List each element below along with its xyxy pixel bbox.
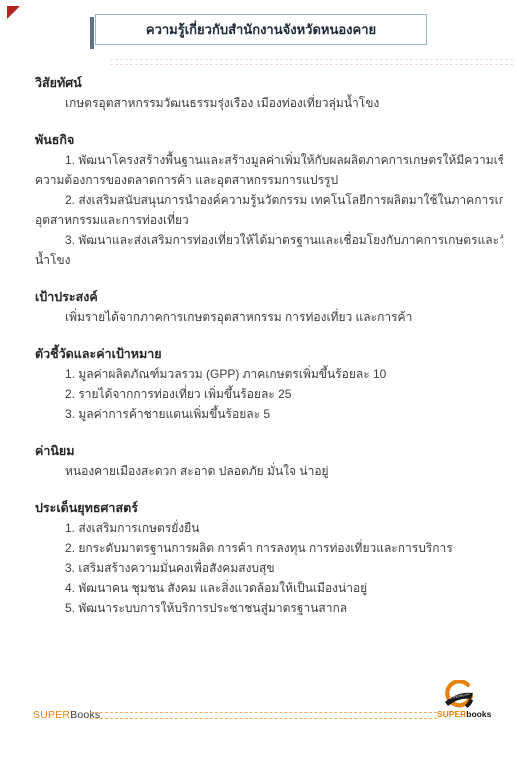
page-title: ความรู้เกี่ยวกับสำนักงานจังหวัดหนองคาย bbox=[96, 15, 426, 44]
section-heading: พันธกิจ bbox=[35, 130, 503, 150]
document-body: วิสัยทัศน์ เกษตรอุตสาหกรรมวัฒนธรรมรุ่งเร… bbox=[35, 66, 503, 618]
body-line: 2. ส่งเสริมสนับสนุนการนำองค์ความรู้นวัตก… bbox=[35, 190, 503, 210]
section-indicators: ตัวชี้วัดและค่าเป้าหมาย 1. มูลค่าผลิตภัณ… bbox=[35, 344, 503, 424]
body-line: น้ำโขง bbox=[35, 250, 503, 270]
body-line: 2. ยกระดับมาตรฐานการผลิต การค้า การลงทุน… bbox=[35, 538, 503, 558]
section-values: ค่านิยม หนองคายเมืองสะดวก สะอาด ปลอดภัย … bbox=[35, 441, 503, 481]
body-line: 4. พัฒนาคน ชุมชน สังคม และสิ่งแวดล้อมให้… bbox=[35, 578, 503, 598]
section-vision: วิสัยทัศน์ เกษตรอุตสาหกรรมวัฒนธรรมรุ่งเร… bbox=[35, 73, 503, 113]
body-line: เกษตรอุตสาหกรรมวัฒนธรรมรุ่งเรือง เมืองท่… bbox=[35, 93, 503, 113]
body-line: 3. พัฒนาและส่งเสริมการท่องเที่ยวให้ได้มา… bbox=[35, 230, 503, 250]
brand-books-text: books bbox=[466, 709, 491, 719]
title-dashed-rule bbox=[110, 59, 513, 65]
body-line: ความต้องการของตลาดการค้า และอุตสาหกรรมกา… bbox=[35, 170, 503, 190]
body-line: 5. พัฒนาระบบการให้บริการประชาชนสู่มาตรฐา… bbox=[35, 598, 503, 618]
section-heading: เป้าประสงค์ bbox=[35, 287, 503, 307]
body-line: 3. มูลค่าการค้าชายแดนเพิ่มขึ้นร้อยละ 5 bbox=[35, 404, 503, 424]
body-line: เพิ่มรายได้จากภาคการเกษตรอุตสาหกรรม การท… bbox=[35, 307, 503, 327]
body-line: อุตสาหกรรมและการท่องเที่ยว bbox=[35, 210, 503, 230]
footer-brand-right: SUPERbooks bbox=[437, 709, 491, 720]
section-mission: พันธกิจ 1. พัฒนาโครงสร้างพื้นฐานและสร้าง… bbox=[35, 130, 503, 270]
document-page: ความรู้เกี่ยวกับสำนักงานจังหวัดหนองคาย ว… bbox=[0, 0, 517, 760]
section-heading: ประเด็นยุทธศาสตร์ bbox=[35, 498, 503, 518]
red-corner-marker bbox=[7, 6, 20, 19]
section-heading: ค่านิยม bbox=[35, 441, 503, 461]
body-line: 3. เสริมสร้างความมั่นคงเพื่อสังคมสงบสุข bbox=[35, 558, 503, 578]
body-line: 1. มูลค่าผลิตภัณฑ์มวลรวม (GPP) ภาคเกษตรเ… bbox=[35, 364, 503, 384]
section-strategy: ประเด็นยุทธศาสตร์ 1. ส่งเสริมการเกษตรยั่… bbox=[35, 498, 503, 618]
brand-super-text: SUPER bbox=[437, 709, 466, 719]
body-line: 1. ส่งเสริมการเกษตรยั่งยืน bbox=[35, 518, 503, 538]
section-heading: ตัวชี้วัดและค่าเป้าหมาย bbox=[35, 344, 503, 364]
body-line: 2. รายได้จากการท่องเที่ยว เพิ่มขึ้นร้อยล… bbox=[35, 384, 503, 404]
section-heading: วิสัยทัศน์ bbox=[35, 73, 503, 93]
footer-dashed-rule bbox=[90, 712, 437, 719]
brand-super-text: SUPER bbox=[33, 709, 70, 721]
body-line: 1. พัฒนาโครงสร้างพื้นฐานและสร้างมูลค่าเพ… bbox=[35, 150, 503, 170]
body-line: หนองคายเมืองสะดวก สะอาด ปลอดภัย มั่นใจ น… bbox=[35, 461, 503, 481]
title-accent-bar bbox=[90, 17, 94, 49]
section-goal: เป้าประสงค์ เพิ่มรายได้จากภาคการเกษตรอุต… bbox=[35, 287, 503, 327]
title-box: ความรู้เกี่ยวกับสำนักงานจังหวัดหนองคาย bbox=[95, 14, 427, 45]
